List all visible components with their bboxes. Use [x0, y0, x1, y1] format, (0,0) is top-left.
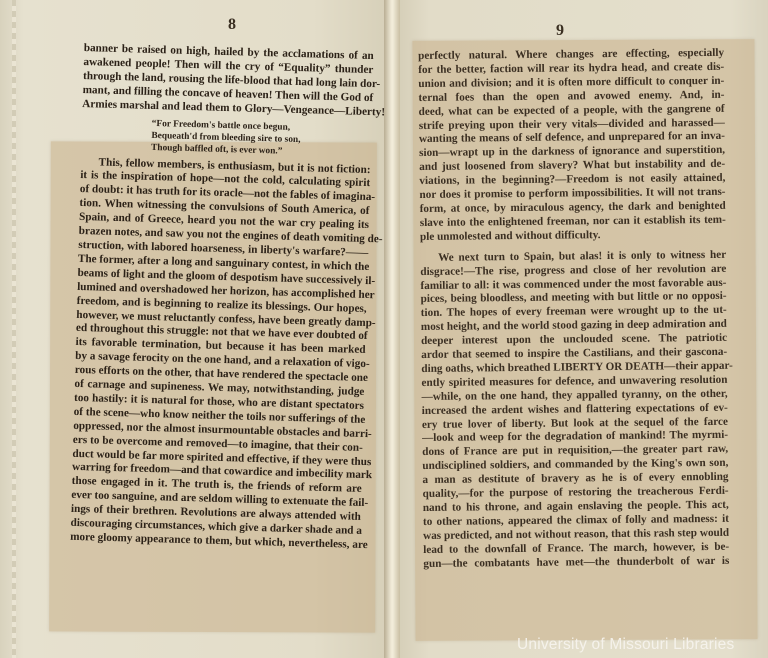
book-gutter	[384, 0, 400, 658]
page-number-right: 9	[556, 22, 564, 40]
book-spread: 8 9 banner be raised on high, hailed by …	[0, 0, 768, 658]
page-number-left: 8	[228, 16, 236, 34]
deckle-edge	[12, 0, 16, 658]
left-page-text: banner be raised on high, hailed by the …	[70, 42, 374, 553]
right-page-text: perfectly natural. Where changes are eff…	[418, 47, 729, 572]
library-watermark: University of Missouri Libraries	[517, 636, 734, 654]
verse-quotation: “For Freedom's battle once begun, Bequea…	[151, 117, 372, 159]
